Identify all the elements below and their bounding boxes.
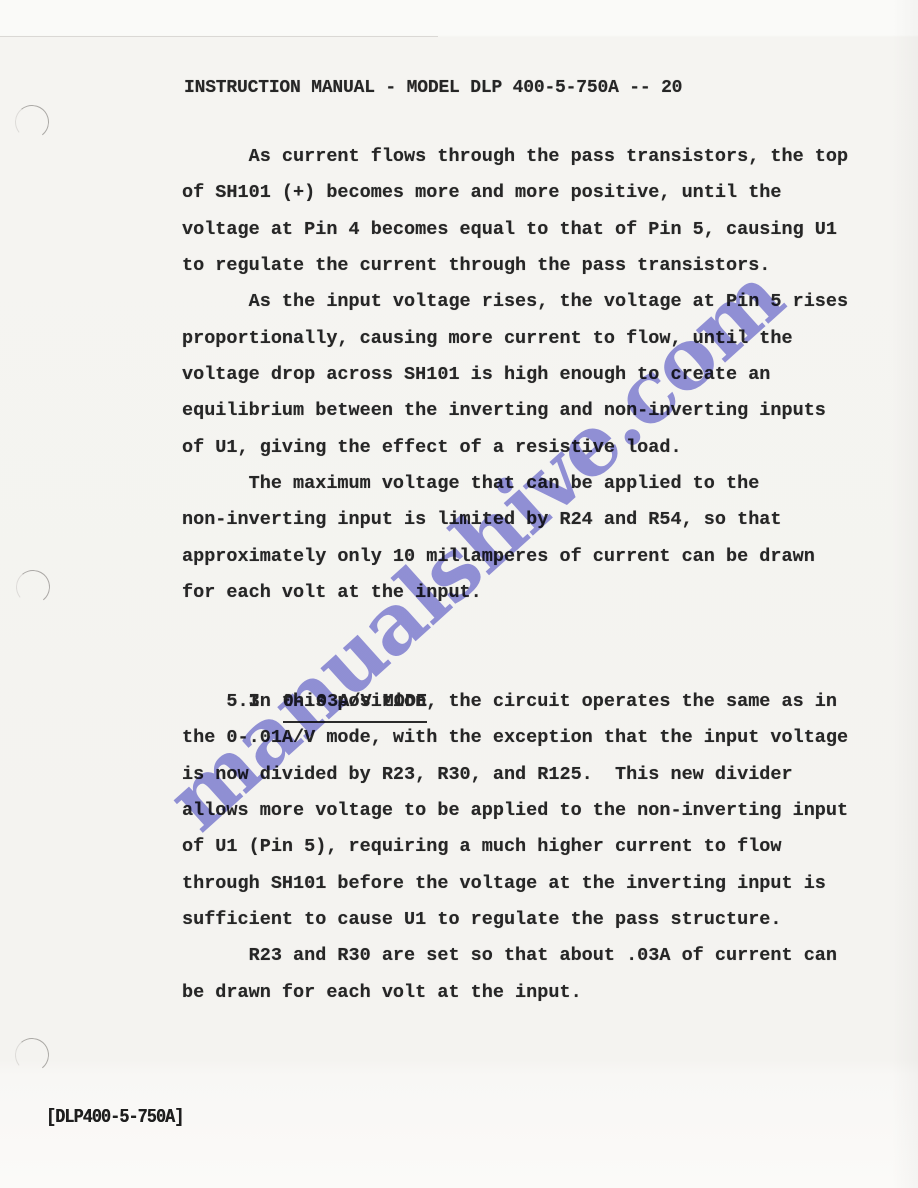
footer-model-label: [DLP400-5-750A] [46, 1106, 183, 1128]
punch-hole-mark-bottom [13, 1036, 50, 1073]
body-text-block-1: As current flows through the pass transi… [182, 139, 848, 611]
scan-edge-shading [892, 0, 918, 1188]
scan-edge-line [0, 36, 438, 37]
punch-hole-mark-top [13, 103, 50, 140]
body-text-block-2: In this position, the circuit operates t… [182, 684, 848, 1011]
page-header: INSTRUCTION MANUAL - MODEL DLP 400-5-750… [184, 74, 682, 102]
scanned-manual-page: INSTRUCTION MANUAL - MODEL DLP 400-5-750… [0, 0, 918, 1188]
punch-hole-mark-middle [14, 568, 51, 605]
